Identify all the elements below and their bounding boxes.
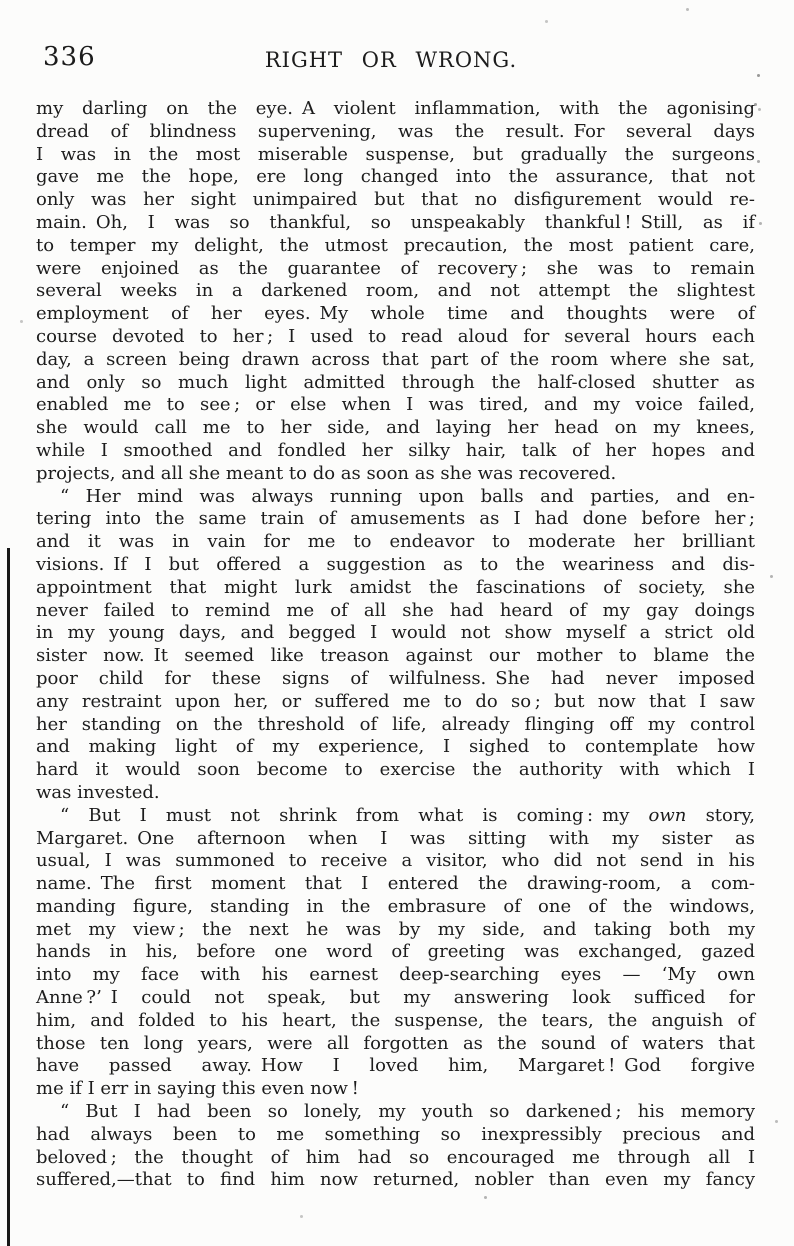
running-head: RIGHT OR WRONG.: [36, 48, 746, 72]
text-line: were enjoined as the guarantee of recove…: [36, 258, 755, 281]
text-line: “ But I must not shrink from what is com…: [36, 805, 755, 828]
text-line: Margaret. One afternoon when I was sitti…: [36, 828, 755, 851]
text-line: had always been to me something so inexp…: [36, 1124, 755, 1147]
text-line: was invested.: [36, 782, 755, 805]
text-line: hard it would soon become to exercise th…: [36, 759, 755, 782]
text-line: day, a screen being drawn across that pa…: [36, 349, 755, 372]
text-line: dread of blindness supervening, was the …: [36, 121, 755, 144]
text-line: those ten long years, were all forgotten…: [36, 1033, 755, 1056]
text-line: and it was in vain for me to endeavor to…: [36, 531, 755, 554]
text-line: manding figure, standing in the embrasur…: [36, 896, 755, 919]
scan-specks: [757, 74, 760, 77]
text-line: into my face with his earnest deep-searc…: [36, 964, 755, 987]
text-line: enabled me to see ; or else when I was t…: [36, 394, 755, 417]
text-line: usual, I was summoned to receive a visit…: [36, 850, 755, 873]
text-line: projects, and all she meant to do as soo…: [36, 463, 755, 486]
text-line: appointment that might lurk amidst the f…: [36, 577, 755, 600]
text-segment: “ But I must not shrink from what is com…: [60, 805, 649, 826]
text-line: visions. If I but offered a suggestion a…: [36, 554, 755, 577]
text-line: she would call me to her side, and layin…: [36, 417, 755, 440]
text-line: course devoted to her ; I used to read a…: [36, 326, 755, 349]
text-line: suffered,—that to find him now returned,…: [36, 1169, 755, 1192]
text-line: any restraint upon her, or suffered me t…: [36, 691, 755, 714]
text-line: and making light of my experience, I sig…: [36, 736, 755, 759]
text-line: gave me the hope, ere long changed into …: [36, 166, 755, 189]
text-line: name. The first moment that I entered th…: [36, 873, 755, 896]
italic-text: own: [649, 805, 687, 826]
text-line: met my view ; the next he was by my side…: [36, 919, 755, 942]
text-block: my darling on the eye. A violent inflamm…: [36, 98, 755, 1192]
text-line: several weeks in a darkened room, and no…: [36, 280, 755, 303]
text-line: employment of her eyes. My whole time an…: [36, 303, 755, 326]
text-line: her standing on the threshold of life, a…: [36, 714, 755, 737]
text-line: me if I err in saying this even now !: [36, 1078, 755, 1101]
text-line: have passed away. How I loved him, Marga…: [36, 1055, 755, 1078]
text-line: and only so much light admitted through …: [36, 372, 755, 395]
text-line: “ But I had been so lonely, my youth so …: [36, 1101, 755, 1124]
text-line: beloved ; the thought of him had so enco…: [36, 1147, 755, 1170]
text-line: my darling on the eye. A violent inflamm…: [36, 98, 755, 121]
text-line: while I smoothed and fondled her silky h…: [36, 440, 755, 463]
scan-artifact-left-rule: [7, 548, 10, 1246]
text-line: tering into the same train of amusements…: [36, 508, 755, 531]
text-line: in my young days, and begged I would not…: [36, 622, 755, 645]
text-line: I was in the most miserable suspense, bu…: [36, 144, 755, 167]
text-line: never failed to remind me of all she had…: [36, 600, 755, 623]
text-line: Anne ?’ I could not speak, but my answer…: [36, 987, 755, 1010]
text-line: to temper my delight, the utmost precaut…: [36, 235, 755, 258]
book-page: 336 RIGHT OR WRONG. my darling on the ey…: [0, 0, 794, 1246]
text-line: sister now. It seemed like treason again…: [36, 645, 755, 668]
text-line: main. Oh, I was so thankful, so unspeaka…: [36, 212, 755, 235]
text-line: only was her sight unimpaired but that n…: [36, 189, 755, 212]
text-segment: story,: [686, 805, 755, 826]
text-line: hands in his, before one word of greetin…: [36, 941, 755, 964]
text-line: “ Her mind was always running upon balls…: [36, 486, 755, 509]
text-line: poor child for these signs of wilfulness…: [36, 668, 755, 691]
text-line: him, and folded to his heart, the suspen…: [36, 1010, 755, 1033]
